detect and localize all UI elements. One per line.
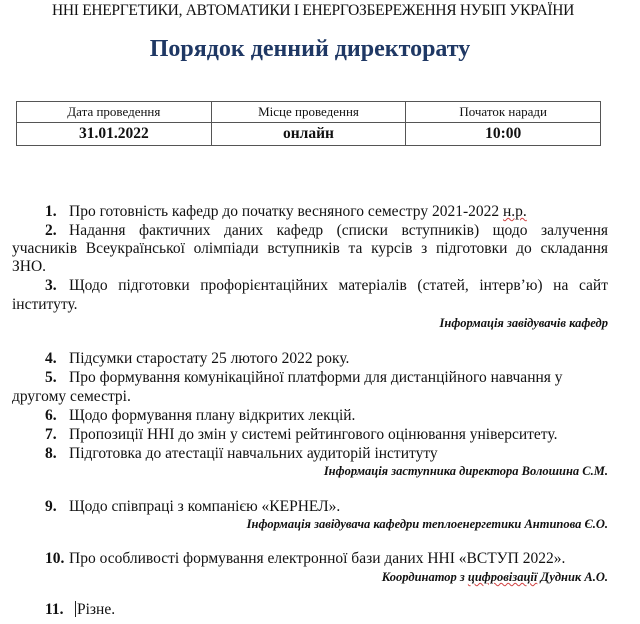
item-text: Підготовка до атестації навчальних аудит…: [69, 445, 438, 462]
attribution-text: Координатор з: [382, 570, 468, 584]
item-number: 8.: [45, 444, 69, 463]
item-text: ЗНО.: [12, 258, 46, 275]
agenda-item-10: 10.Про особливості формування електронно…: [12, 549, 640, 568]
item-number: 6.: [45, 406, 69, 425]
item-text: Щодо підготовки профорієнтаційних матері…: [69, 277, 608, 294]
item-text: Про формування комунікаційної платформи …: [69, 369, 563, 386]
text-cursor: [75, 601, 76, 617]
page-title: Порядок денний директорату: [0, 34, 620, 64]
item-text: Про готовність кафедр до початку весняно…: [69, 203, 503, 220]
item-number: 1.: [45, 202, 69, 221]
meeting-place: онлайн: [211, 123, 406, 146]
item-text: учасників Всеукраїнської олімпіади вступ…: [12, 240, 608, 257]
item-text: другому семестрі.: [12, 388, 131, 405]
attribution-text: Дудник А.О.: [537, 570, 608, 584]
item-text: Щодо формування плану відкритих лекцій.: [69, 407, 355, 424]
agenda-item-5-continued: другому семестрі.: [12, 387, 608, 406]
item-number: 11.: [45, 600, 75, 619]
agenda-item-8: 8.Підготовка до атестації навчальних ауд…: [12, 444, 640, 463]
agenda-item-9: 9.Щодо співпраці з компанією «КЕРНЕЛ».: [12, 497, 640, 516]
meeting-info-table: Дата проведення Місце проведення Початок…: [16, 101, 601, 146]
agenda-item-3: 3.Щодо підготовки профорієнтаційних мате…: [12, 276, 608, 295]
item-number: 3.: [45, 276, 69, 295]
agenda-item-6: 6.Щодо формування плану відкритих лекцій…: [12, 406, 640, 425]
agenda-item-11: 11.Різне.: [12, 600, 640, 619]
attribution-heat-power-head: Інформація завідувача кафедри теплоенерг…: [247, 516, 608, 532]
item-number: 7.: [45, 425, 69, 444]
agenda-item-3-continued: інституту.: [12, 295, 608, 314]
item-number: 10.: [45, 549, 69, 568]
item-number: 5.: [45, 368, 69, 387]
item-text: Надання фактичних даних кафедр (списки в…: [69, 222, 608, 239]
column-header-start: Початок наради: [406, 102, 601, 123]
item-text[interactable]: Різне.: [77, 601, 115, 618]
attribution-digitalization-coordinator: Координатор з цифровізації Дудник А.О.: [382, 569, 608, 585]
agenda-item-2-continued: учасників Всеукраїнської олімпіади вступ…: [12, 239, 608, 258]
item-text: Пропозиції ННІ до змін у системі рейтинг…: [69, 426, 557, 443]
item-number: 2.: [45, 221, 69, 240]
attribution-deputy-director: Інформація заступника директора Волошина…: [324, 463, 608, 479]
item-text-flagged: н.р.: [503, 203, 527, 220]
meeting-start-time: 10:00: [406, 123, 601, 146]
item-text: Про особливості формування електронної б…: [69, 550, 565, 567]
attribution-department-heads: Інформація завідувачів кафедр: [440, 315, 608, 331]
item-text: Щодо співпраці з компанією «КЕРНЕЛ».: [69, 498, 340, 515]
column-header-place: Місце проведення: [211, 102, 406, 123]
agenda-item-4: 4.Підсумки старостату 25 лютого 2022 рок…: [12, 349, 640, 368]
column-header-date: Дата проведення: [17, 102, 212, 123]
agenda-item-7: 7.Пропозиції ННІ до змін у системі рейти…: [12, 425, 640, 444]
item-text: інституту.: [12, 296, 78, 313]
agenda-item-2: 2.Надання фактичних даних кафедр (списки…: [12, 221, 608, 240]
item-number: 4.: [45, 349, 69, 368]
item-text: Підсумки старостату 25 лютого 2022 року.: [69, 350, 349, 367]
agenda-item-2-continued: ЗНО.: [12, 257, 608, 276]
attribution-text-flagged: цифровізації: [468, 570, 537, 584]
table-row: 31.01.2022 онлайн 10:00: [17, 123, 601, 146]
table-header-row: Дата проведення Місце проведення Початок…: [17, 102, 601, 123]
agenda-item-1: 1.Про готовність кафедр до початку весня…: [12, 202, 608, 221]
organization-header: ННІ ЕНЕРГЕТИКИ, АВТОМАТИКИ І ЕНЕРГОЗБЕРЕ…: [0, 2, 626, 20]
agenda-item-5: 5.Про формування комунікаційної платформ…: [12, 368, 640, 387]
meeting-date: 31.01.2022: [17, 123, 212, 146]
item-number: 9.: [45, 497, 69, 516]
